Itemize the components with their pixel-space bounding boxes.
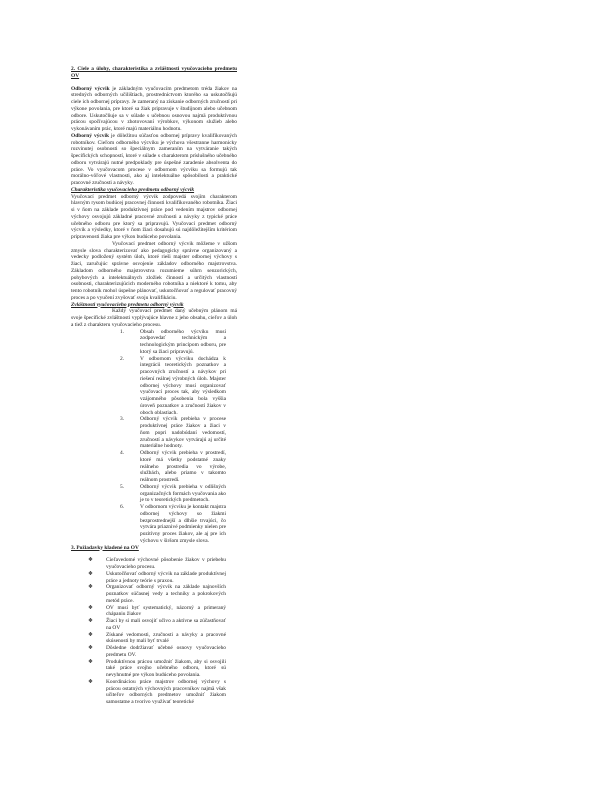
paragraph-3: Vyučovací predmet odborný výcvik zodpove… bbox=[71, 194, 237, 241]
diamond-bullet-icon: ❖ bbox=[88, 645, 93, 652]
diamond-bullet-icon: ❖ bbox=[88, 632, 93, 639]
list-text: Koordináciou práce majstrov odbornej výc… bbox=[106, 679, 226, 705]
term-bold: Odborný výcvik bbox=[71, 133, 109, 139]
paragraph-text: je základným vyučovacím predmetom tréda … bbox=[71, 86, 237, 133]
list-text: Uskutočňovať odborný výcvik na základe p… bbox=[106, 571, 226, 584]
list-item: ❖Koordináciou práce majstrov odbornej vý… bbox=[71, 679, 226, 706]
paragraph-1: Odborný výcvik je základným vyučovacím p… bbox=[71, 86, 237, 133]
list-item: ❖Uskutočňovať odborný výcvik na základe … bbox=[71, 571, 226, 585]
diamond-bullet-icon: ❖ bbox=[88, 571, 93, 578]
list-item: ❖Organizovať odborný výcvik na základe n… bbox=[71, 584, 226, 604]
section-2-heading: 2. Ciele a úlohy, charakteristika a zvlá… bbox=[71, 66, 237, 80]
list-item: 4.Odborný výcvik prebieha v prostredí, k… bbox=[71, 450, 226, 484]
list-number: 2. bbox=[120, 356, 124, 363]
diamond-bullet-icon: ❖ bbox=[88, 679, 93, 686]
list-text: Dôsledne dodržiavať učebné osnovy vyučov… bbox=[106, 645, 226, 658]
list-text: Odborný výcvik prebieha v odlišných orga… bbox=[140, 484, 226, 504]
list-text: Produktívnou prácou umožniť žiakom, aby … bbox=[106, 659, 226, 679]
list-text: Organizovať odborný výcvik na základe na… bbox=[106, 584, 226, 604]
list-item: ❖Žiaci by si mali osvojiť učivo a aktívn… bbox=[71, 618, 226, 632]
list-item: 3.Odborný výcvik prebieha v procese prod… bbox=[71, 416, 226, 450]
list-text: Odborný výcvik prebieha v prostredí, kto… bbox=[140, 450, 226, 483]
list-text: Získané vedomosti, zručnosti a návyky a … bbox=[106, 632, 226, 645]
list-text: Žiaci by si mali osvojiť učivo a aktívne… bbox=[106, 618, 226, 631]
numbered-list: 1.Obsah odborného výcviku musí zodpoveda… bbox=[71, 329, 237, 545]
document-page: 2. Ciele a úlohy, charakteristika a zvlá… bbox=[71, 66, 237, 706]
list-item: ❖Produktívnou prácou umožniť žiakom, aby… bbox=[71, 659, 226, 679]
list-number: 3. bbox=[120, 416, 124, 423]
list-item: 6.V odbornom výcviku je kontakt majstra … bbox=[71, 504, 226, 545]
list-text: OV musí byť systematický, názorný a prim… bbox=[106, 605, 226, 618]
list-text: V odbornom výcviku je kontakt majstra od… bbox=[140, 504, 226, 544]
paragraph-5: Každý vyučovací predmet daný učebným plá… bbox=[71, 308, 237, 328]
list-text: Cieľavedomé výchovné pôsobenie žiakov v … bbox=[106, 557, 226, 570]
term-bold: Odborný výcvik bbox=[71, 86, 110, 92]
paragraph-2: Odborný výcvik je dôležitou súčasťou odb… bbox=[71, 133, 237, 187]
list-number: 5. bbox=[120, 484, 124, 491]
diamond-bullet-icon: ❖ bbox=[88, 605, 93, 612]
list-number: 4. bbox=[120, 450, 124, 457]
list-text: Odborný výcvik prebieha v procese produk… bbox=[140, 416, 226, 449]
paragraph-text: je dôležitou súčasťou odbornej prípravy … bbox=[71, 133, 237, 186]
subheading-characteristics: Charakteristika vyučovacieho predmetu od… bbox=[71, 187, 237, 194]
list-item: ❖OV musí byť systematický, názorný a pri… bbox=[71, 605, 226, 619]
list-item: 2.V odbornom výcviku dochádza k integrác… bbox=[71, 356, 226, 417]
diamond-bullet-icon: ❖ bbox=[88, 584, 93, 591]
list-item: ❖Získané vedomosti, zručnosti a návyky a… bbox=[71, 632, 226, 646]
list-item: 1.Obsah odborného výcviku musí zodpoveda… bbox=[71, 329, 226, 356]
list-text: V odbornom výcviku dochádza k integrácii… bbox=[140, 356, 226, 416]
list-number: 1. bbox=[120, 329, 124, 336]
section-3-heading: 3. Požiadavky kladené na OV bbox=[71, 545, 237, 552]
diamond-bullet-icon: ❖ bbox=[88, 557, 93, 564]
list-item: ❖Dôsledne dodržiavať učebné osnovy vyučo… bbox=[71, 645, 226, 659]
paragraph-4: Vyučovací predmet odborný výcvik môžeme … bbox=[71, 241, 237, 302]
list-item: 5.Odborný výcvik prebieha v odlišných or… bbox=[71, 484, 226, 504]
list-item: ❖Cieľavedomé výchovné pôsobenie žiakov v… bbox=[71, 557, 226, 571]
diamond-bullet-icon: ❖ bbox=[88, 659, 93, 666]
subheading-specifics: Zvláštnosti vyučovacieho predmetu odborn… bbox=[71, 302, 237, 309]
bullet-list: ❖Cieľavedomé výchovné pôsobenie žiakov v… bbox=[71, 557, 237, 706]
diamond-bullet-icon: ❖ bbox=[88, 618, 93, 625]
list-number: 6. bbox=[120, 504, 124, 511]
list-text: Obsah odborného výcviku musí zodpovedať … bbox=[140, 329, 226, 355]
